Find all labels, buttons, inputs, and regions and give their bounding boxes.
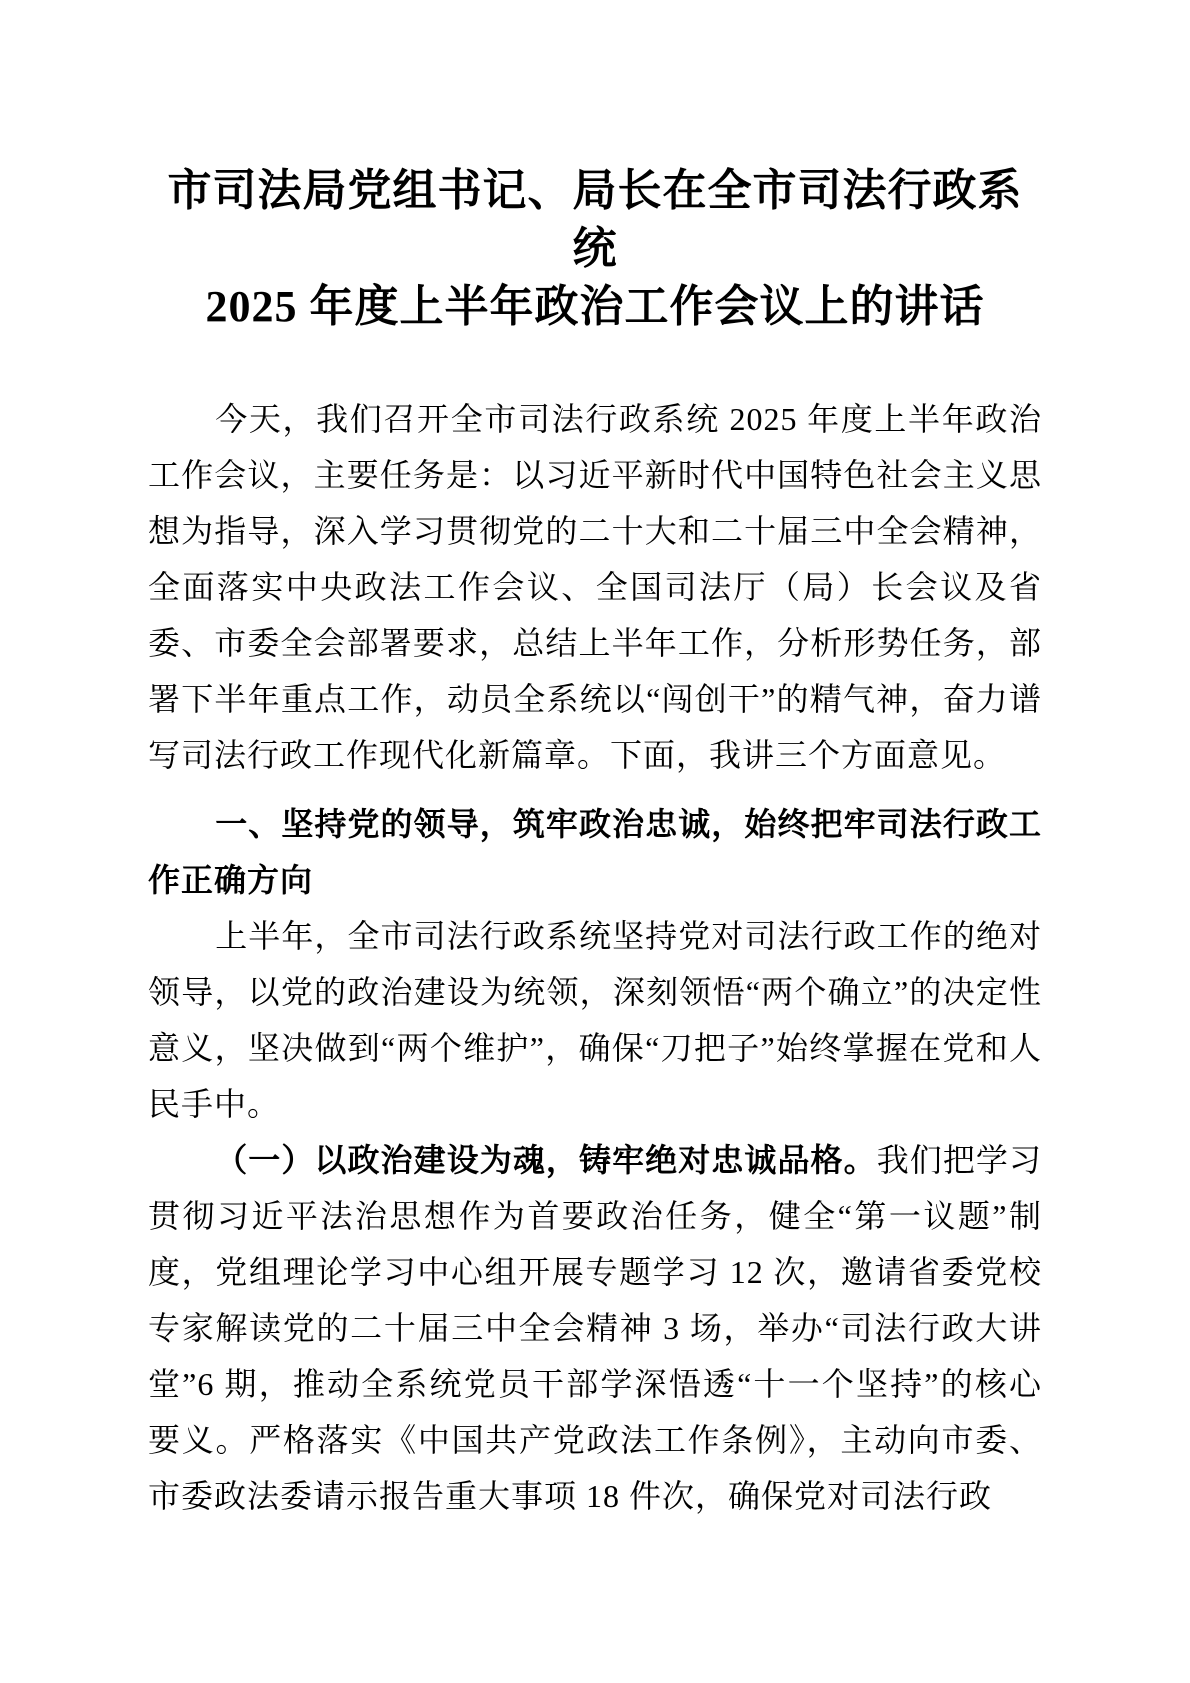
subsection-1-text: 我们把学习贯彻习近平法治思想作为首要政治任务，健全“第一议题”制度，党组理论学习…: [148, 1142, 1042, 1514]
title-line-2: 2025 年度上半年政治工作会议上的讲话: [148, 278, 1042, 336]
document-page: 市司法局党组书记、局长在全市司法行政系统 2025 年度上半年政治工作会议上的讲…: [0, 0, 1190, 1683]
section-1-heading: 一、坚持党的领导，筑牢政治忠诚，始终把牢司法行政工作正确方向: [148, 796, 1042, 908]
intro-paragraph: 今天，我们召开全市司法行政系统 2025 年度上半年政治工作会议，主要任务是：以…: [148, 391, 1042, 783]
subsection-1-paragraph: （一）以政治建设为魂，铸牢绝对忠诚品格。我们把学习贯彻习近平法治思想作为首要政治…: [148, 1132, 1042, 1524]
title-line-1: 市司法局党组书记、局长在全市司法行政系统: [148, 162, 1042, 278]
document-title: 市司法局党组书记、局长在全市司法行政系统 2025 年度上半年政治工作会议上的讲…: [148, 162, 1042, 336]
section-1-paragraph: 上半年，全市司法行政系统坚持党对司法行政工作的绝对领导，以党的政治建设为统领，深…: [148, 908, 1042, 1132]
subsection-1-lead: （一）以政治建设为魂，铸牢绝对忠诚品格。: [215, 1142, 877, 1178]
